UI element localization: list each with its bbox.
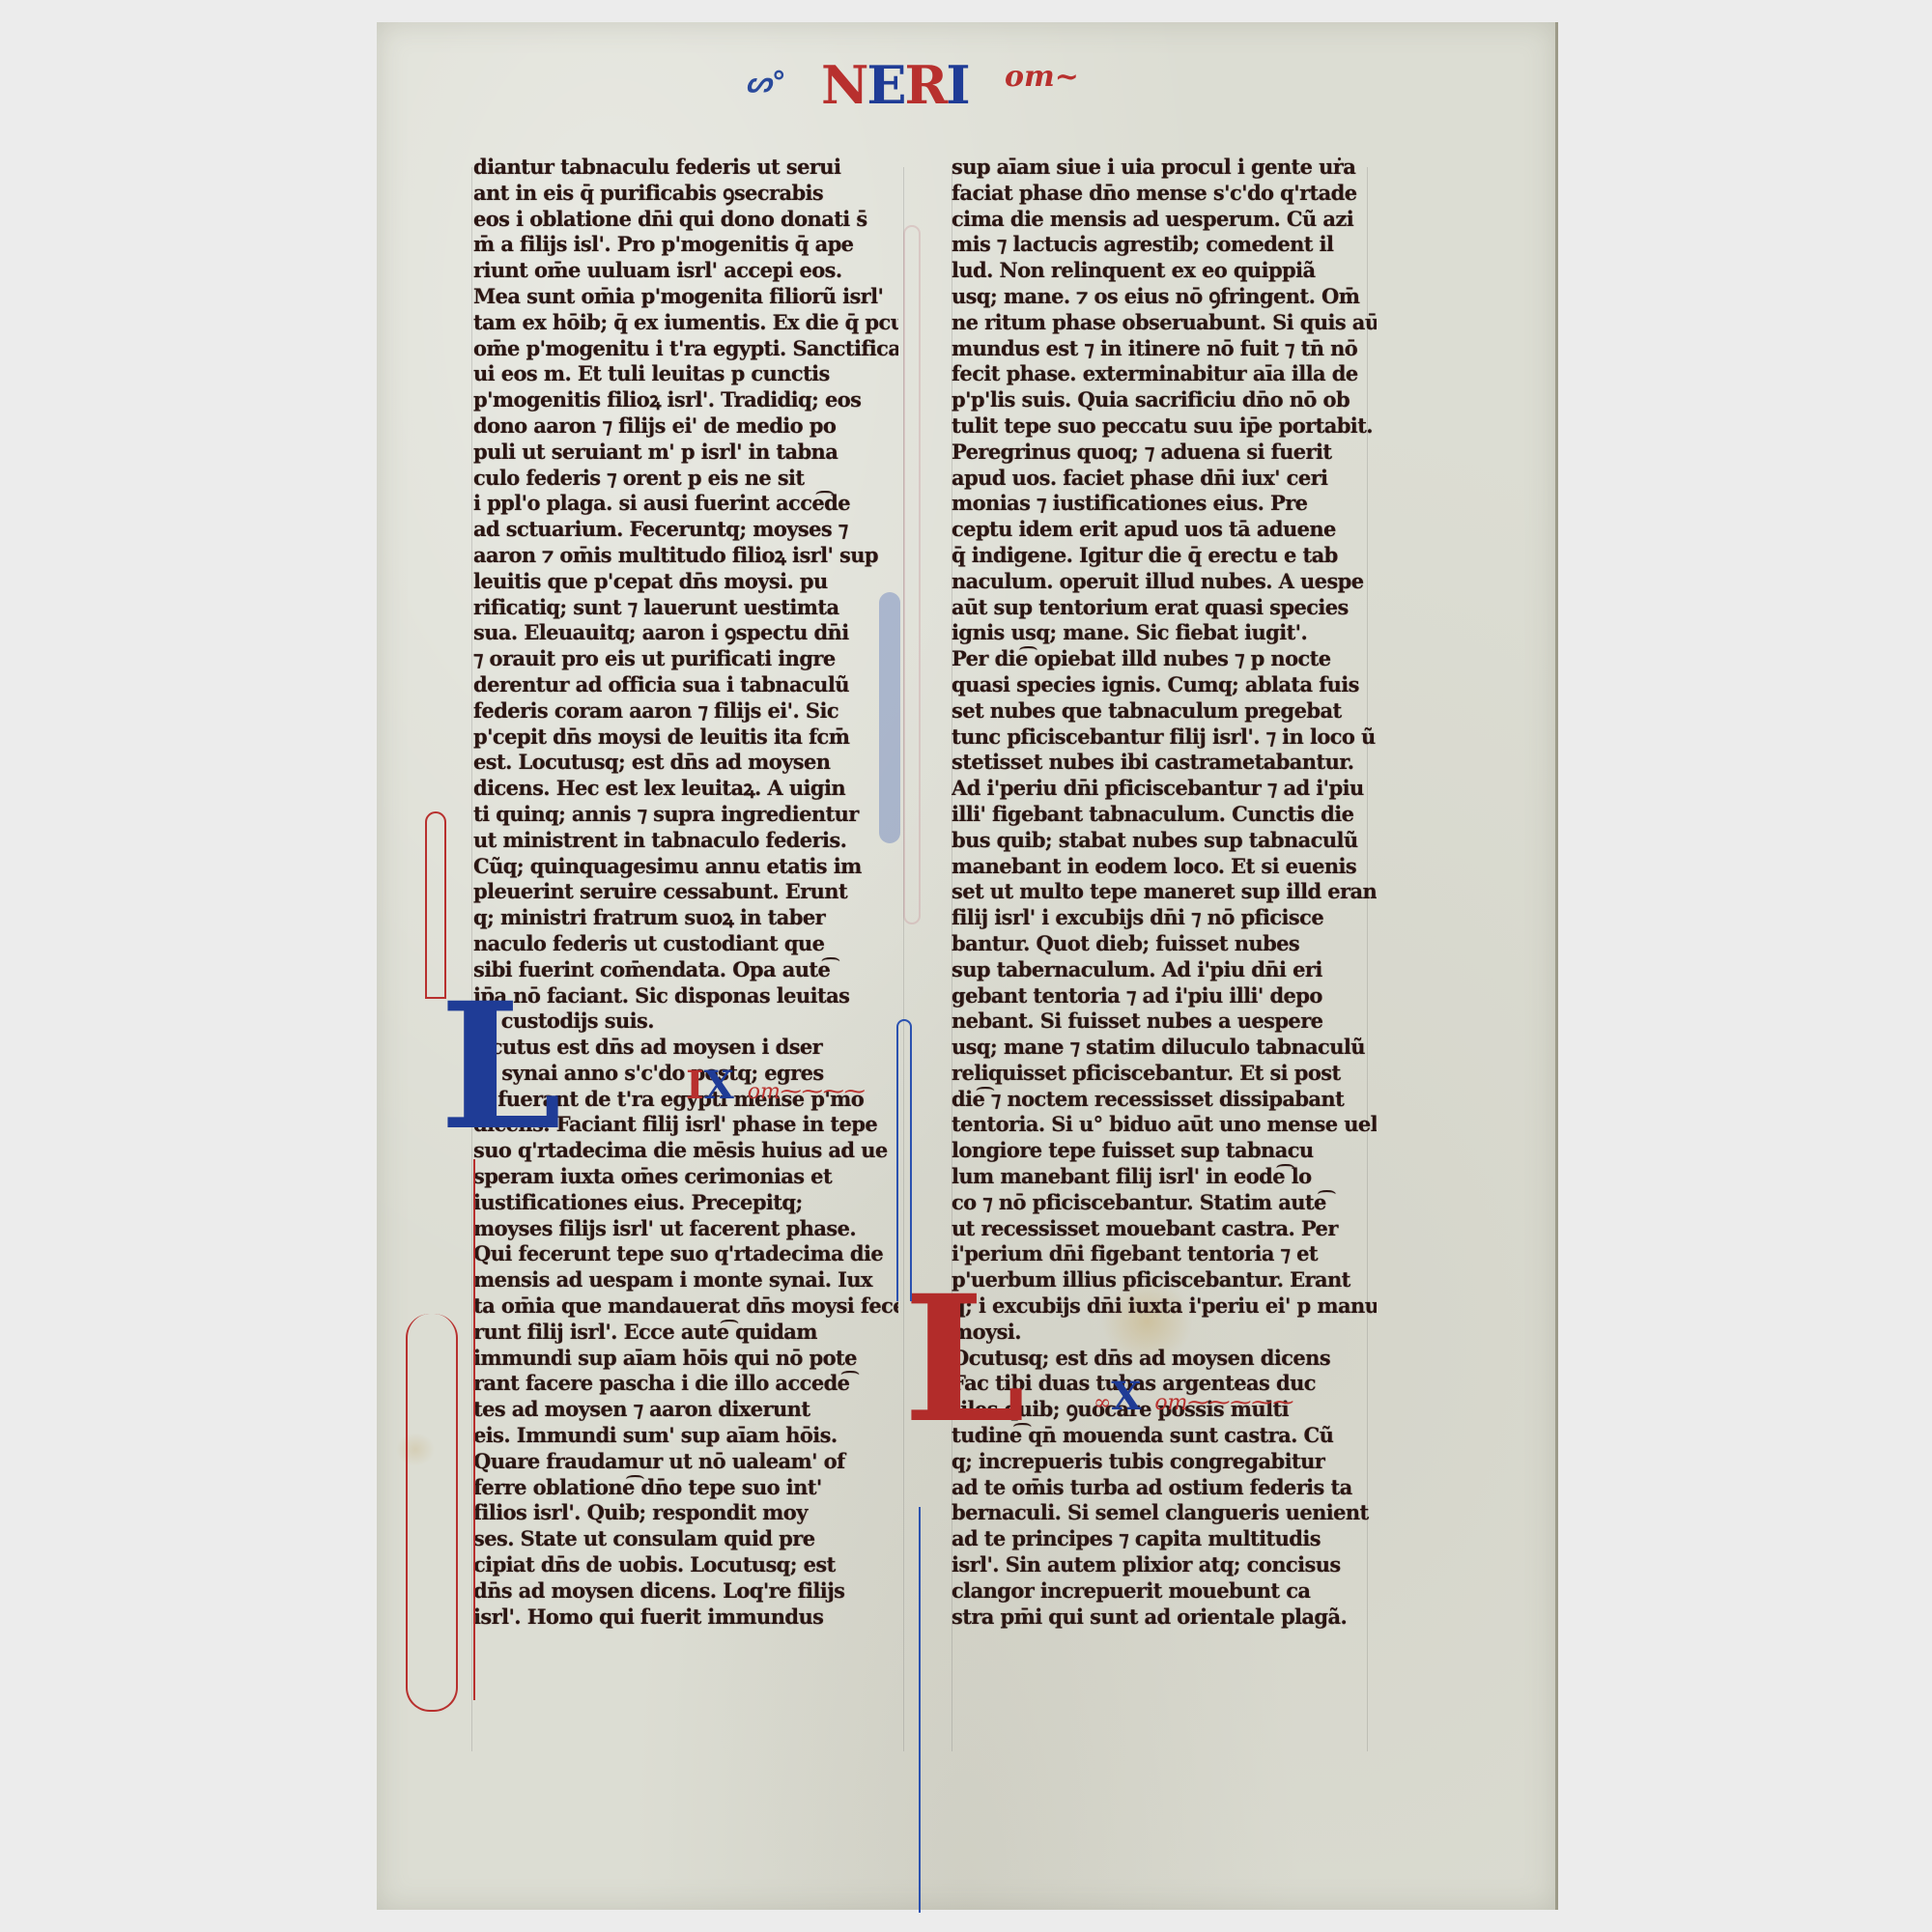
text-line: manebant in eodem loco. Et si euenis — [952, 854, 1377, 880]
text-line: ut ministrent in tabnaculo federis. — [473, 828, 898, 854]
text-line: tentoria. Si u° biduo aūt uno mense uel — [952, 1112, 1377, 1138]
text-line: ta om̄ia que mandauerat dn̄s moysi fece — [473, 1293, 898, 1320]
text-line: lud. Non relinquent ex eo quippiã — [952, 258, 1377, 284]
chapter-flourish: om⁓⁓⁓⁓ — [748, 1080, 866, 1104]
text-line: ad sctuarium. Feceruntq; moyses ⁊ — [473, 517, 898, 543]
text-line: Quare fraudamur ut nō ualeam' of — [473, 1449, 898, 1475]
text-line: ferre oblatione͡ dn̄o tepe suo int' — [473, 1475, 898, 1501]
text-line: faciat phase dn̄o mense s'c'do q'rtade — [952, 181, 1377, 207]
text-line: rant facere pascha i die illo accede͡ — [473, 1371, 898, 1397]
text-line: isrl'. Sin autem plixior atq; concisus — [952, 1552, 1377, 1578]
header-title: NERI — [821, 54, 969, 116]
text-line: lum manebant filij isrl' in eode͡ lo — [952, 1164, 1377, 1190]
text-line: derentur ad officia sua i tabnaculũ — [473, 672, 898, 698]
text-line: set nubes que tabnaculum pregebat — [952, 698, 1377, 724]
text-line: bernaculi. Si semel clangueris uenient — [952, 1500, 1377, 1526]
text-line: ti quinq; annis ⁊ supra ingredientur — [473, 802, 898, 828]
text-line: ses. State ut consulam quid pre — [473, 1526, 898, 1552]
showthrough-red — [903, 225, 921, 924]
text-line: naculo federis ut custodiant que — [473, 931, 898, 957]
header-flourish-right: om~ — [1005, 60, 1079, 94]
text-line: diantur tabnaculu federis ut serui — [473, 155, 898, 181]
text-line: apud uos. faciet phase dn̄i iux' ceri — [952, 466, 1377, 492]
text-line: est. Locutusq; est dn̄s ad moysen — [473, 750, 898, 776]
text-line: co ⁊ nō pficiscebantur. Statim aute͡ — [952, 1190, 1377, 1216]
penwork-blue — [913, 1507, 921, 1913]
text-line: ut recessisset mouebant castra. Per — [952, 1216, 1377, 1242]
text-line: bus quib; stabat nubes sup tabnaculũ — [952, 828, 1377, 854]
penwork-red — [406, 1314, 458, 1712]
initial-l-chapter-ix: L — [440, 980, 562, 1154]
penwork-blue — [896, 1019, 912, 1301]
running-header: ᔕ° NERI om~ — [734, 46, 1082, 124]
text-line: filij isrl' i excubijs dn̄i ⁊ nō pficisc… — [952, 905, 1377, 931]
text-line: monias ⁊ iustificationes eius. Pre — [952, 491, 1377, 517]
text-line: cima die mensis ad uesperum. Cũ azi — [952, 207, 1377, 233]
text-line: bantur. Quot dieb; fuisset nubes — [952, 931, 1377, 957]
text-line: pleuerint seruire cessabunt. Erunt — [473, 879, 898, 905]
text-line: moyses filijs isrl' ut facerent phase. — [473, 1216, 898, 1242]
text-column-left: diantur tabnaculu federis ut seruiant in… — [473, 155, 898, 1630]
text-line: p'p'lis suis. Quia sacrificiu dn̄o nō ob — [952, 387, 1377, 413]
text-line: isrl'. Homo qui fuerit immundus — [473, 1605, 898, 1631]
text-line: stra pm̄i qui sunt ad orientale plagã. — [952, 1605, 1377, 1631]
text-line: p'mogenitis filioꝝ isrl'. Tradidiq; eos — [473, 387, 898, 413]
chapter-flourish: om⁓⁓⁓⁓⁓ — [1154, 1391, 1293, 1415]
text-line: gebant tentoria ⁊ ad i'piu illi' depo — [952, 983, 1377, 1009]
text-line: federis coram aaron ⁊ filijs ei'. Sic — [473, 698, 898, 724]
text-line: riunt om̄e uuluam isrl' accepi eos. — [473, 258, 898, 284]
text-line: ⁊ orauit pro eis ut purificati ingre — [473, 646, 898, 672]
text-line: ne ritum phase obseruabunt. Si quis aūt — [952, 310, 1377, 336]
text-line: rificatiq; sunt ⁊ lauerunt uestimta — [473, 595, 898, 621]
text-line: quasi species ignis. Cumq; ablata fuis — [952, 672, 1377, 698]
text-line: reliquisset pficiscebantur. Et si post — [952, 1061, 1377, 1087]
text-line: m̄ a filijs isl'. Pro p'mogenitis q̄ ape — [473, 232, 898, 258]
text-line: Cũq; quinquagesimu annu etatis im — [473, 854, 898, 880]
text-line: mundus est ⁊ in itinere nō fuit ⁊ tn̄ nō — [952, 336, 1377, 362]
text-line: filios isrl'. Quib; respondit moy — [473, 1500, 898, 1526]
penwork-red — [425, 811, 446, 999]
text-line: tunc pficiscebantur filij isrl'. ⁊ in lo… — [952, 724, 1377, 751]
text-line: cipiat dn̄s de uobis. Locutusq; est — [473, 1552, 898, 1578]
text-line: om̄e p'mogenitu i t'ra egypti. Sanctific… — [473, 336, 898, 362]
text-line: dono aaron ⁊ filijs ei' de medio po — [473, 413, 898, 440]
text-line: eis. Immundi sum' sup aīam hōis. — [473, 1423, 898, 1449]
text-line: illi' figebant tabnaculum. Cunctis die — [952, 802, 1377, 828]
text-line: eos i oblatione dn̄i qui dono donati s̄ — [473, 207, 898, 233]
text-line: ignis usq; mane. Sic fiebat iugit'. — [952, 620, 1377, 646]
text-line: mis ⁊ lactucis agrestib; comedent il — [952, 232, 1377, 258]
text-line: runt filij isrl'. Ecce aute͡ quidam — [473, 1320, 898, 1346]
text-line: ceptu idem erit apud uos tā aduene — [952, 517, 1377, 543]
text-line: sup tabernaculum. Ad i'piu dn̄i eri — [952, 957, 1377, 983]
text-line: tulit tepe suo peccatu suu ip̄e portabit… — [952, 413, 1377, 440]
text-line: Per die͡ opiebat illd nubes ⁊ p nocte — [952, 646, 1377, 672]
text-line: stetisset nubes ibi castrametabantur. — [952, 750, 1377, 776]
text-line: dn̄s ad moysen dicens. Loq're filijs — [473, 1578, 898, 1605]
text-line: sua. Eleuauitq; aaron i ꝯspectu dn̄i — [473, 620, 898, 646]
text-line: Ad i'periu dn̄i pficiscebantur ⁊ ad i'pi… — [952, 776, 1377, 802]
text-line: q; ministri fratrum suoꝝ in taber — [473, 905, 898, 931]
text-line: dicens. Hec est lex leuitaꝝ. A uigin — [473, 776, 898, 802]
text-line: ant in eis q̄ purificabis ꝯsecrabis — [473, 181, 898, 207]
text-line: naculum. operuit illud nubes. A uespe — [952, 569, 1377, 595]
text-line: longiore tepe fuisset sup tabnacu — [952, 1138, 1377, 1164]
text-line: fecit phase. exterminabitur aīa illa de — [952, 361, 1377, 387]
text-line: die͡ ⁊ noctem recessisset dissipabant — [952, 1087, 1377, 1113]
chapter-number-ix: IX om⁓⁓⁓⁓ — [686, 1063, 866, 1108]
text-line: culo federis ⁊ orent p eis ne sit — [473, 466, 898, 492]
text-line: nebant. Si fuisset nubes a uespere — [952, 1009, 1377, 1035]
text-line: ad te principes ⁊ capita multitudis — [952, 1526, 1377, 1552]
text-line: iustificationes eius. Precepitq; — [473, 1190, 898, 1216]
text-line: Mea sunt om̄ia p'mogenita filiorũ isrl' — [473, 284, 898, 310]
text-line: clangor increpuerit mouebunt ca — [952, 1578, 1377, 1605]
initial-l-chapter-x: L — [903, 1273, 1026, 1447]
text-line: q̄ indigene. Igitur die q̄ erectu e tab — [952, 543, 1377, 569]
text-line: ui eos m. Et tuli leuitas p cunctis — [473, 361, 898, 387]
penwork-red — [464, 1159, 475, 1700]
text-line: ad te om̄is turba ad ostium federis ta — [952, 1475, 1377, 1501]
text-line: i ppl'o plaga. si ausi fuerint acce͡de — [473, 491, 898, 517]
text-line: immundi sup aīam hōis qui nō pote — [473, 1346, 898, 1372]
text-line: tam ex hōib; q̄ ex iumentis. Ex die q̄ p… — [473, 310, 898, 336]
text-line: sup aīam siue i uia procul i gente uṙa — [952, 155, 1377, 181]
text-line: mensis ad uespam i monte synai. Iux — [473, 1267, 898, 1293]
text-line: aūt sup tentorium erat quasi species — [952, 595, 1377, 621]
text-line: leuitis que p'cepat dn̄s moysi. pu — [473, 569, 898, 595]
text-line: p'cepit dn̄s moysi de leuitis ita fcm̄ — [473, 724, 898, 751]
header-flourish-left: ᔕ° — [746, 66, 786, 99]
text-line: puli ut seruiant m' p isrl' in tabna — [473, 440, 898, 466]
text-line: Qui fecerunt tepe suo q'rtadecima die — [473, 1241, 898, 1267]
text-line: Peregrinus quoq; ⁊ aduena si fuerit — [952, 440, 1377, 466]
text-line: tes ad moysen ⁊ aaron dixerunt — [473, 1397, 898, 1423]
text-line: usq; mane. ⁊ os eius nō ꝯfringent. Om̄ — [952, 284, 1377, 310]
text-line: set ut multo tepe maneret sup illd erant — [952, 879, 1377, 905]
text-line: aaron ⁊ om̄is multitudo filioꝝ isrl' sup — [473, 543, 898, 569]
text-line: usq; mane ⁊ statim diluculo tabnaculũ — [952, 1035, 1377, 1061]
chapter-number-x: ∞X om⁓⁓⁓⁓⁓ — [1094, 1374, 1293, 1419]
